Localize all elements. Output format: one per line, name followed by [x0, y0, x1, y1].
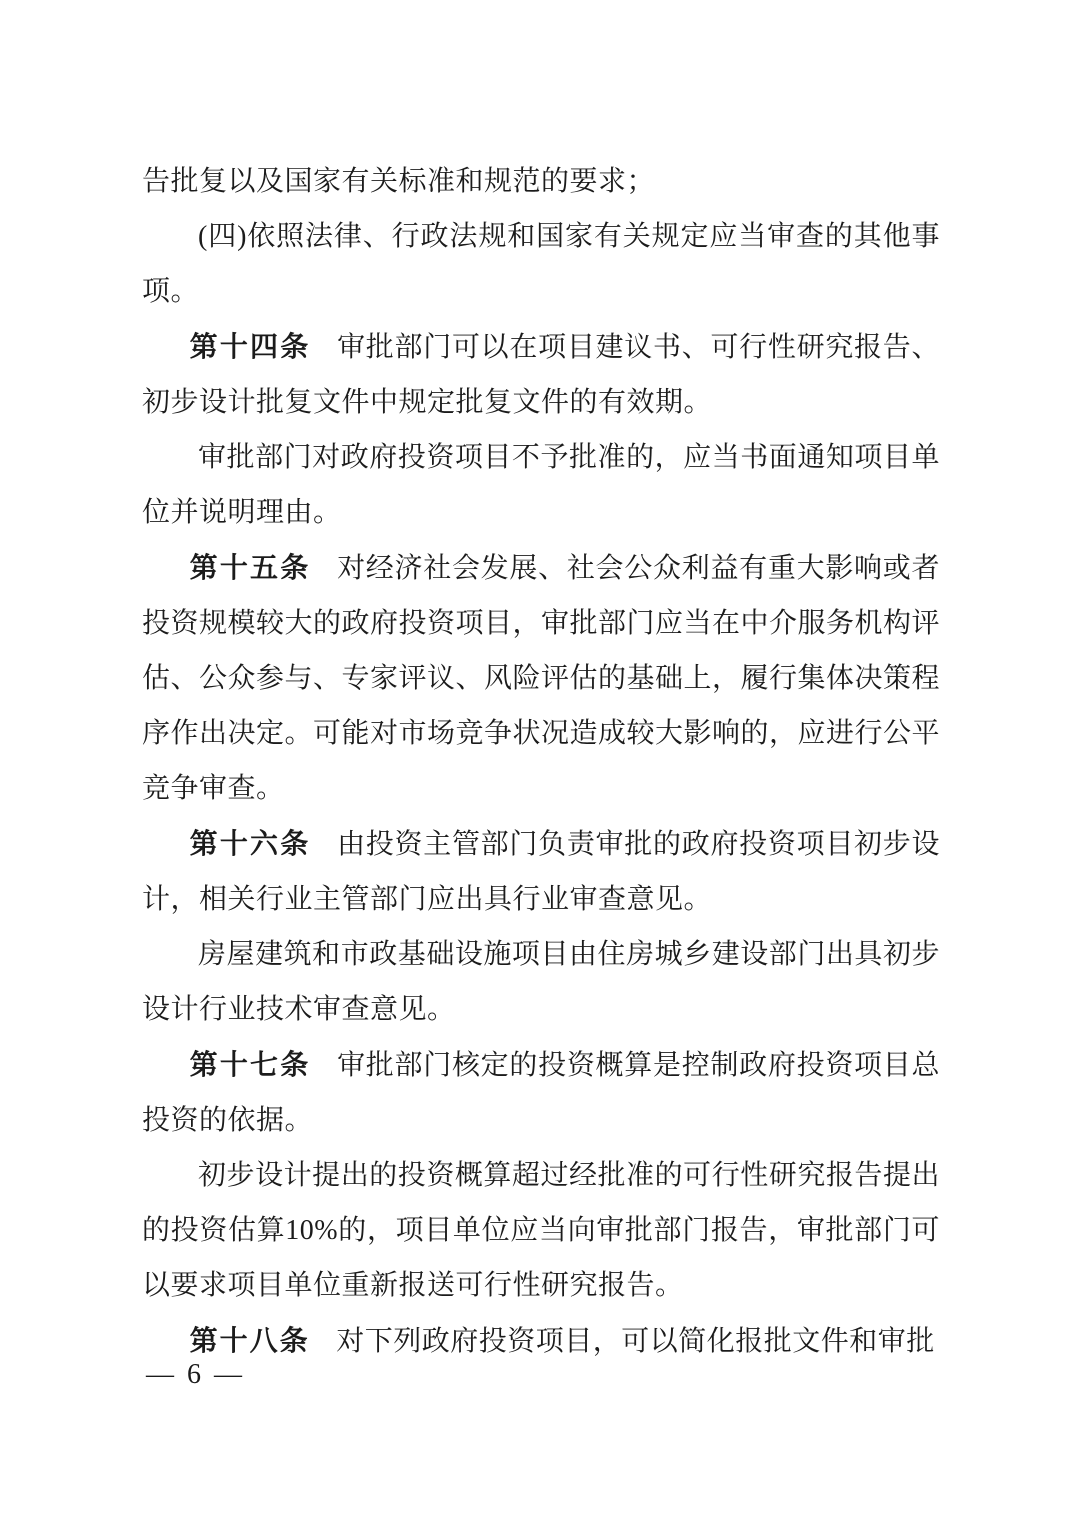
- paragraph-article-14-cont: 审批部门对政府投资项目不予批准的，应当书面通知项目单位并说明理由。: [142, 430, 940, 540]
- paragraph-item-4: (四)依照法律、行政法规和国家有关规定应当审查的其他事项。: [142, 209, 940, 319]
- page-number: — 6 —: [146, 1355, 245, 1395]
- document-page: 告批复以及国家有关标准和规范的要求； (四)依照法律、行政法规和国家有关规定应当…: [0, 0, 1080, 1527]
- article-paragraph-15: 第十五条对经济社会发展、社会公众利益有重大影响或者投资规模较大的政府投资项目，审…: [142, 540, 940, 816]
- document-body: 告批复以及国家有关标准和规范的要求； (四)依照法律、行政法规和国家有关规定应当…: [142, 154, 940, 1369]
- paragraph-continuation: 告批复以及国家有关标准和规范的要求；: [142, 154, 940, 209]
- paragraph-article-16-cont: 房屋建筑和市政基础设施项目由住房城乡建设部门出具初步设计行业技术审查意见。: [142, 927, 940, 1037]
- article-text: 对下列政府投资项目，可以简化报批文件和审批: [336, 1326, 935, 1357]
- article-paragraph-16: 第十六条由投资主管部门负责审批的政府投资项目初步设计，相关行业主管部门应出具行业…: [142, 816, 940, 927]
- article-text: 对经济社会发展、社会公众利益有重大影响或者投资规模较大的政府投资项目，审批部门应…: [142, 553, 940, 804]
- paragraph-article-17-cont: 初步设计提出的投资概算超过经批准的可行性研究报告提出的投资估算10%的，项目单位…: [142, 1148, 940, 1313]
- article-number-label: 第十六条: [190, 828, 311, 859]
- article-paragraph-14: 第十四条审批部门可以在项目建议书、可行性研究报告、初步设计批复文件中规定批复文件…: [142, 319, 940, 430]
- article-number-label: 第十八条: [190, 1325, 310, 1356]
- article-paragraph-17: 第十七条审批部门核定的投资概算是控制政府投资项目总投资的依据。: [142, 1037, 940, 1148]
- article-number-label: 第十七条: [190, 1049, 311, 1080]
- article-number-label: 第十四条: [190, 331, 311, 362]
- article-number-label: 第十五条: [190, 552, 311, 583]
- article-paragraph-18: 第十八条对下列政府投资项目，可以简化报批文件和审批: [142, 1313, 940, 1369]
